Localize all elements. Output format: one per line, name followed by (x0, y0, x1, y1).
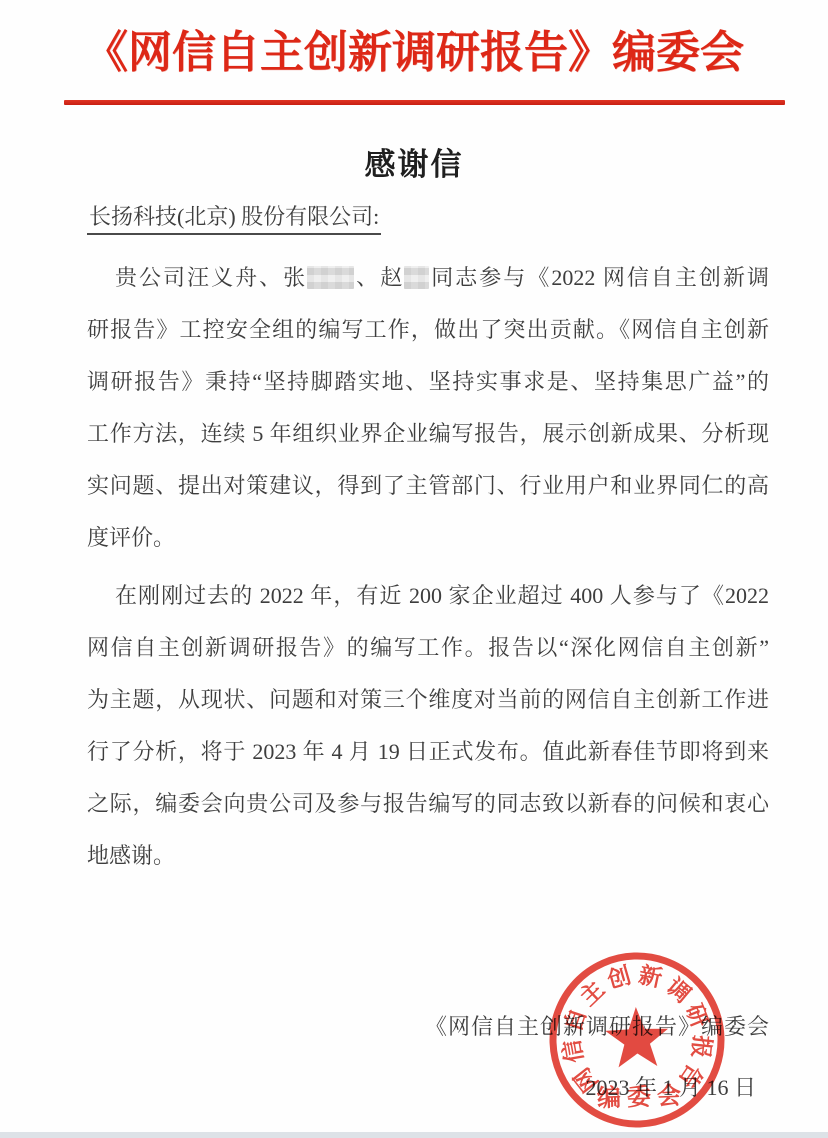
paragraph-1: 贵公司汪义舟、张、赵同志参与《2022 网信自主创新调 研报告》工控安全组的编写… (87, 252, 769, 564)
paragraph-1-line-2: 研报告》工控安全组的编写工作，做出了突出贡献。《网信自主创新 (87, 304, 769, 356)
addressee-text: 长扬科技(北京) 股份有限公司: (87, 204, 381, 235)
letterhead-title: 《网信自主创新调研报告》编委会 (0, 16, 828, 80)
page-bottom-edge (0, 1132, 828, 1138)
paragraph-1-line-4: 工作方法，连续 5 年组织业界企业编写报告，展示创新成果、分析现 (87, 408, 769, 460)
paragraph-2-line-1: 在刚刚过去的 2022 年，有近 200 家企业超过 400 人参与了《2022 (87, 570, 769, 622)
svg-text:报: 报 (688, 1034, 716, 1060)
official-seal-stamp: 网信自主创新调研报告 编委会 (539, 942, 736, 1138)
paragraph-2-line-5: 之际，编委会向贵公司及参与报告编写的同志致以新春的问候和衷心 (87, 778, 769, 830)
paragraph-2-line-3: 为主题，从现状、问题和对策三个维度对当前的网信自主创新工作进 (87, 674, 769, 726)
letter-title: 感谢信 (0, 139, 828, 184)
svg-text:信: 信 (558, 1038, 588, 1065)
svg-text:新: 新 (637, 961, 665, 991)
addressee-line: 长扬科技(北京) 股份有限公司: (87, 200, 381, 231)
p1-l1-text-b: 、赵 (354, 265, 404, 290)
paragraph-1-line-5: 实问题、提出对策建议，得到了主管部门、行业用户和业界同仁的高 (87, 460, 769, 512)
paragraph-2-line-4: 行了分析，将于 2023 年 4 月 19 日正式发布。值此新春佳节即将到来 (87, 726, 769, 778)
redacted-name-1 (307, 266, 354, 289)
letterhead-rule (64, 100, 785, 105)
p1-l1-text-c: 同志参与《2022 网信自主创新调 (429, 265, 769, 290)
redacted-name-2 (404, 266, 429, 289)
paragraph-1-line-3: 调研报告》秉持“坚持脚踏实地、坚持实事求是、坚持集思广益”的 (87, 356, 769, 408)
seal-star-icon (604, 1006, 669, 1068)
letter-page: 《网信自主创新调研报告》编委会 感谢信 长扬科技(北京) 股份有限公司: 贵公司… (0, 0, 828, 1138)
p1-l1-text-a: 贵公司汪义舟、张 (115, 265, 307, 290)
paragraph-2-line-6: 地感谢。 (87, 830, 769, 882)
paragraph-2-line-2: 网信自主创新调研报告》的编写工作。报告以“深化网信自主创新” (87, 622, 769, 674)
svg-text:创: 创 (603, 962, 633, 994)
paragraph-1-line-1: 贵公司汪义舟、张、赵同志参与《2022 网信自主创新调 (87, 252, 769, 304)
paragraph-1-line-6: 度评价。 (87, 512, 769, 564)
paragraph-2: 在刚刚过去的 2022 年，有近 200 家企业超过 400 人参与了《2022… (87, 570, 769, 882)
seal-bottom-text: 编委会 (597, 1081, 688, 1112)
svg-text:研: 研 (681, 1000, 713, 1031)
svg-text:自: 自 (559, 1005, 591, 1035)
letter-body: 贵公司汪义舟、张、赵同志参与《2022 网信自主创新调 研报告》工控安全组的编写… (87, 252, 769, 888)
